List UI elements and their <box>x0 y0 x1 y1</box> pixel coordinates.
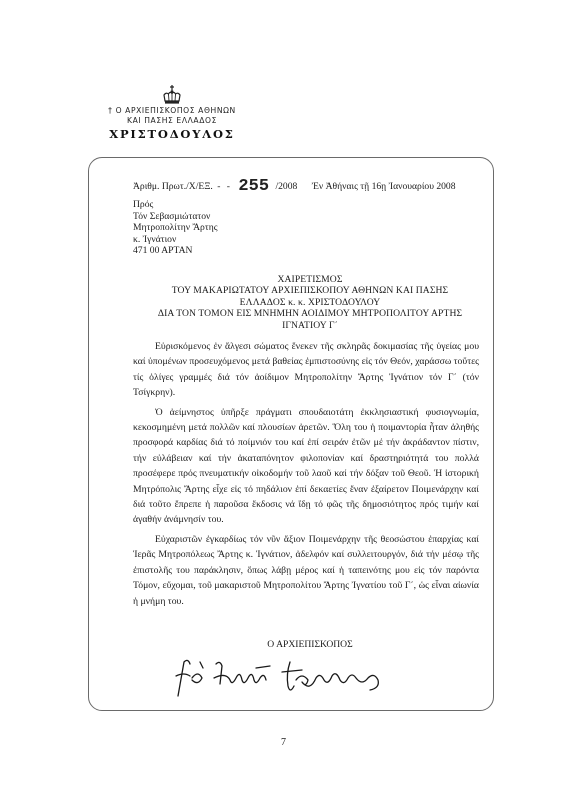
body-paragraph: Εὐχαριστῶν ἐγκαρδίως τόν νῦν ἄξιον Ποιμε… <box>133 532 479 609</box>
signer-title: Ο ΑΡΧΙΕΠΙΣΚΟΠΟΣ <box>130 639 490 650</box>
protocol-label: Ἀριθμ. Πρωτ./Χ/ΕΞ. <box>133 181 213 192</box>
subject-line: ΧΑΙΡΕΤΙΣΜΟΣ <box>130 274 490 285</box>
letter-body: Εὑρισκόμενος ἐν ἄλγεσι σώματος ἕνεκεν τῆ… <box>133 339 479 613</box>
body-paragraph: Εὑρισκόμενος ἐν ἄλγεσι σώματος ἕνεκεν τῆ… <box>133 339 479 401</box>
reference-line: Ἀριθμ. Πρωτ./Χ/ΕΞ. - - 255 /2008 Ἐν Ἀθήν… <box>133 176 483 195</box>
subject-line: ΔΙΑ ΤΟΝ ΤΟΜΟΝ ΕΙΣ ΜΝΗΜΗΝ ΑΟΙΔΙΜΟΥ ΜΗΤΡΟΠ… <box>130 308 490 319</box>
recipient-line: κ. Ἰγνάτιον <box>133 234 218 246</box>
letterhead-name: ΧΡΙΣΤΟΔΟΥΛΟΣ <box>88 127 256 141</box>
letterhead-title-line-2: ΚΑΙ ΠΑΣΗΣ ΕΛΛΑΔΟΣ <box>88 116 256 126</box>
letterhead: † Ο ΑΡΧΙΕΠΙΣΚΟΠΟΣ ΑΘΗΝΩΝ ΚΑΙ ΠΑΣΗΣ ΕΛΛΑΔ… <box>88 84 256 141</box>
subject-line: ΙΓΝΑΤΙΟΥ Γ΄ <box>130 320 490 331</box>
place-date: Ἐν Ἀθήναις τῇ 16ῃ Ἰανουαρίου 2008 <box>312 181 456 192</box>
recipient-address: Πρός Τόν Σεβασμιώτατον Μητροπολίτην Ἄρτη… <box>133 199 218 257</box>
subject-heading: ΧΑΙΡΕΤΙΣΜΟΣ ΤΟΥ ΜΑΚΑΡΙΩΤΑΤΟΥ ΑΡΧΙΕΠΙΣΚΟΠ… <box>130 274 490 331</box>
subject-line: ΕΛΛΑΔΟΣ κ. κ. ΧΡΙΣΤΟΔΟΥΛΟΥ <box>130 297 490 308</box>
recipient-line: Τόν Σεβασμιώτατον <box>133 211 218 223</box>
protocol-year: /2008 <box>275 181 297 192</box>
recipient-line: Μητροπολίτην Ἄρτης <box>133 222 218 234</box>
crown-icon <box>161 84 183 106</box>
body-paragraph: Ὁ ἀείμνηστος ὑπῆρξε πράγματι σπουδαιοτάτ… <box>133 405 479 528</box>
page-number: 7 <box>0 737 567 748</box>
recipient-line: 471 00 ΑΡΤΑΝ <box>133 245 218 257</box>
signature-icon <box>170 656 390 700</box>
protocol-dashes: - - <box>217 181 232 192</box>
subject-line: ΤΟΥ ΜΑΚΑΡΙΩΤΑΤΟΥ ΑΡΧΙΕΠΙΣΚΟΠΟΥ ΑΘΗΝΩΝ ΚΑ… <box>130 285 490 296</box>
protocol-number: 255 <box>238 177 269 196</box>
letterhead-title-line-1: † Ο ΑΡΧΙΕΠΙΣΚΟΠΟΣ ΑΘΗΝΩΝ <box>88 106 256 116</box>
recipient-line: Πρός <box>133 199 218 211</box>
